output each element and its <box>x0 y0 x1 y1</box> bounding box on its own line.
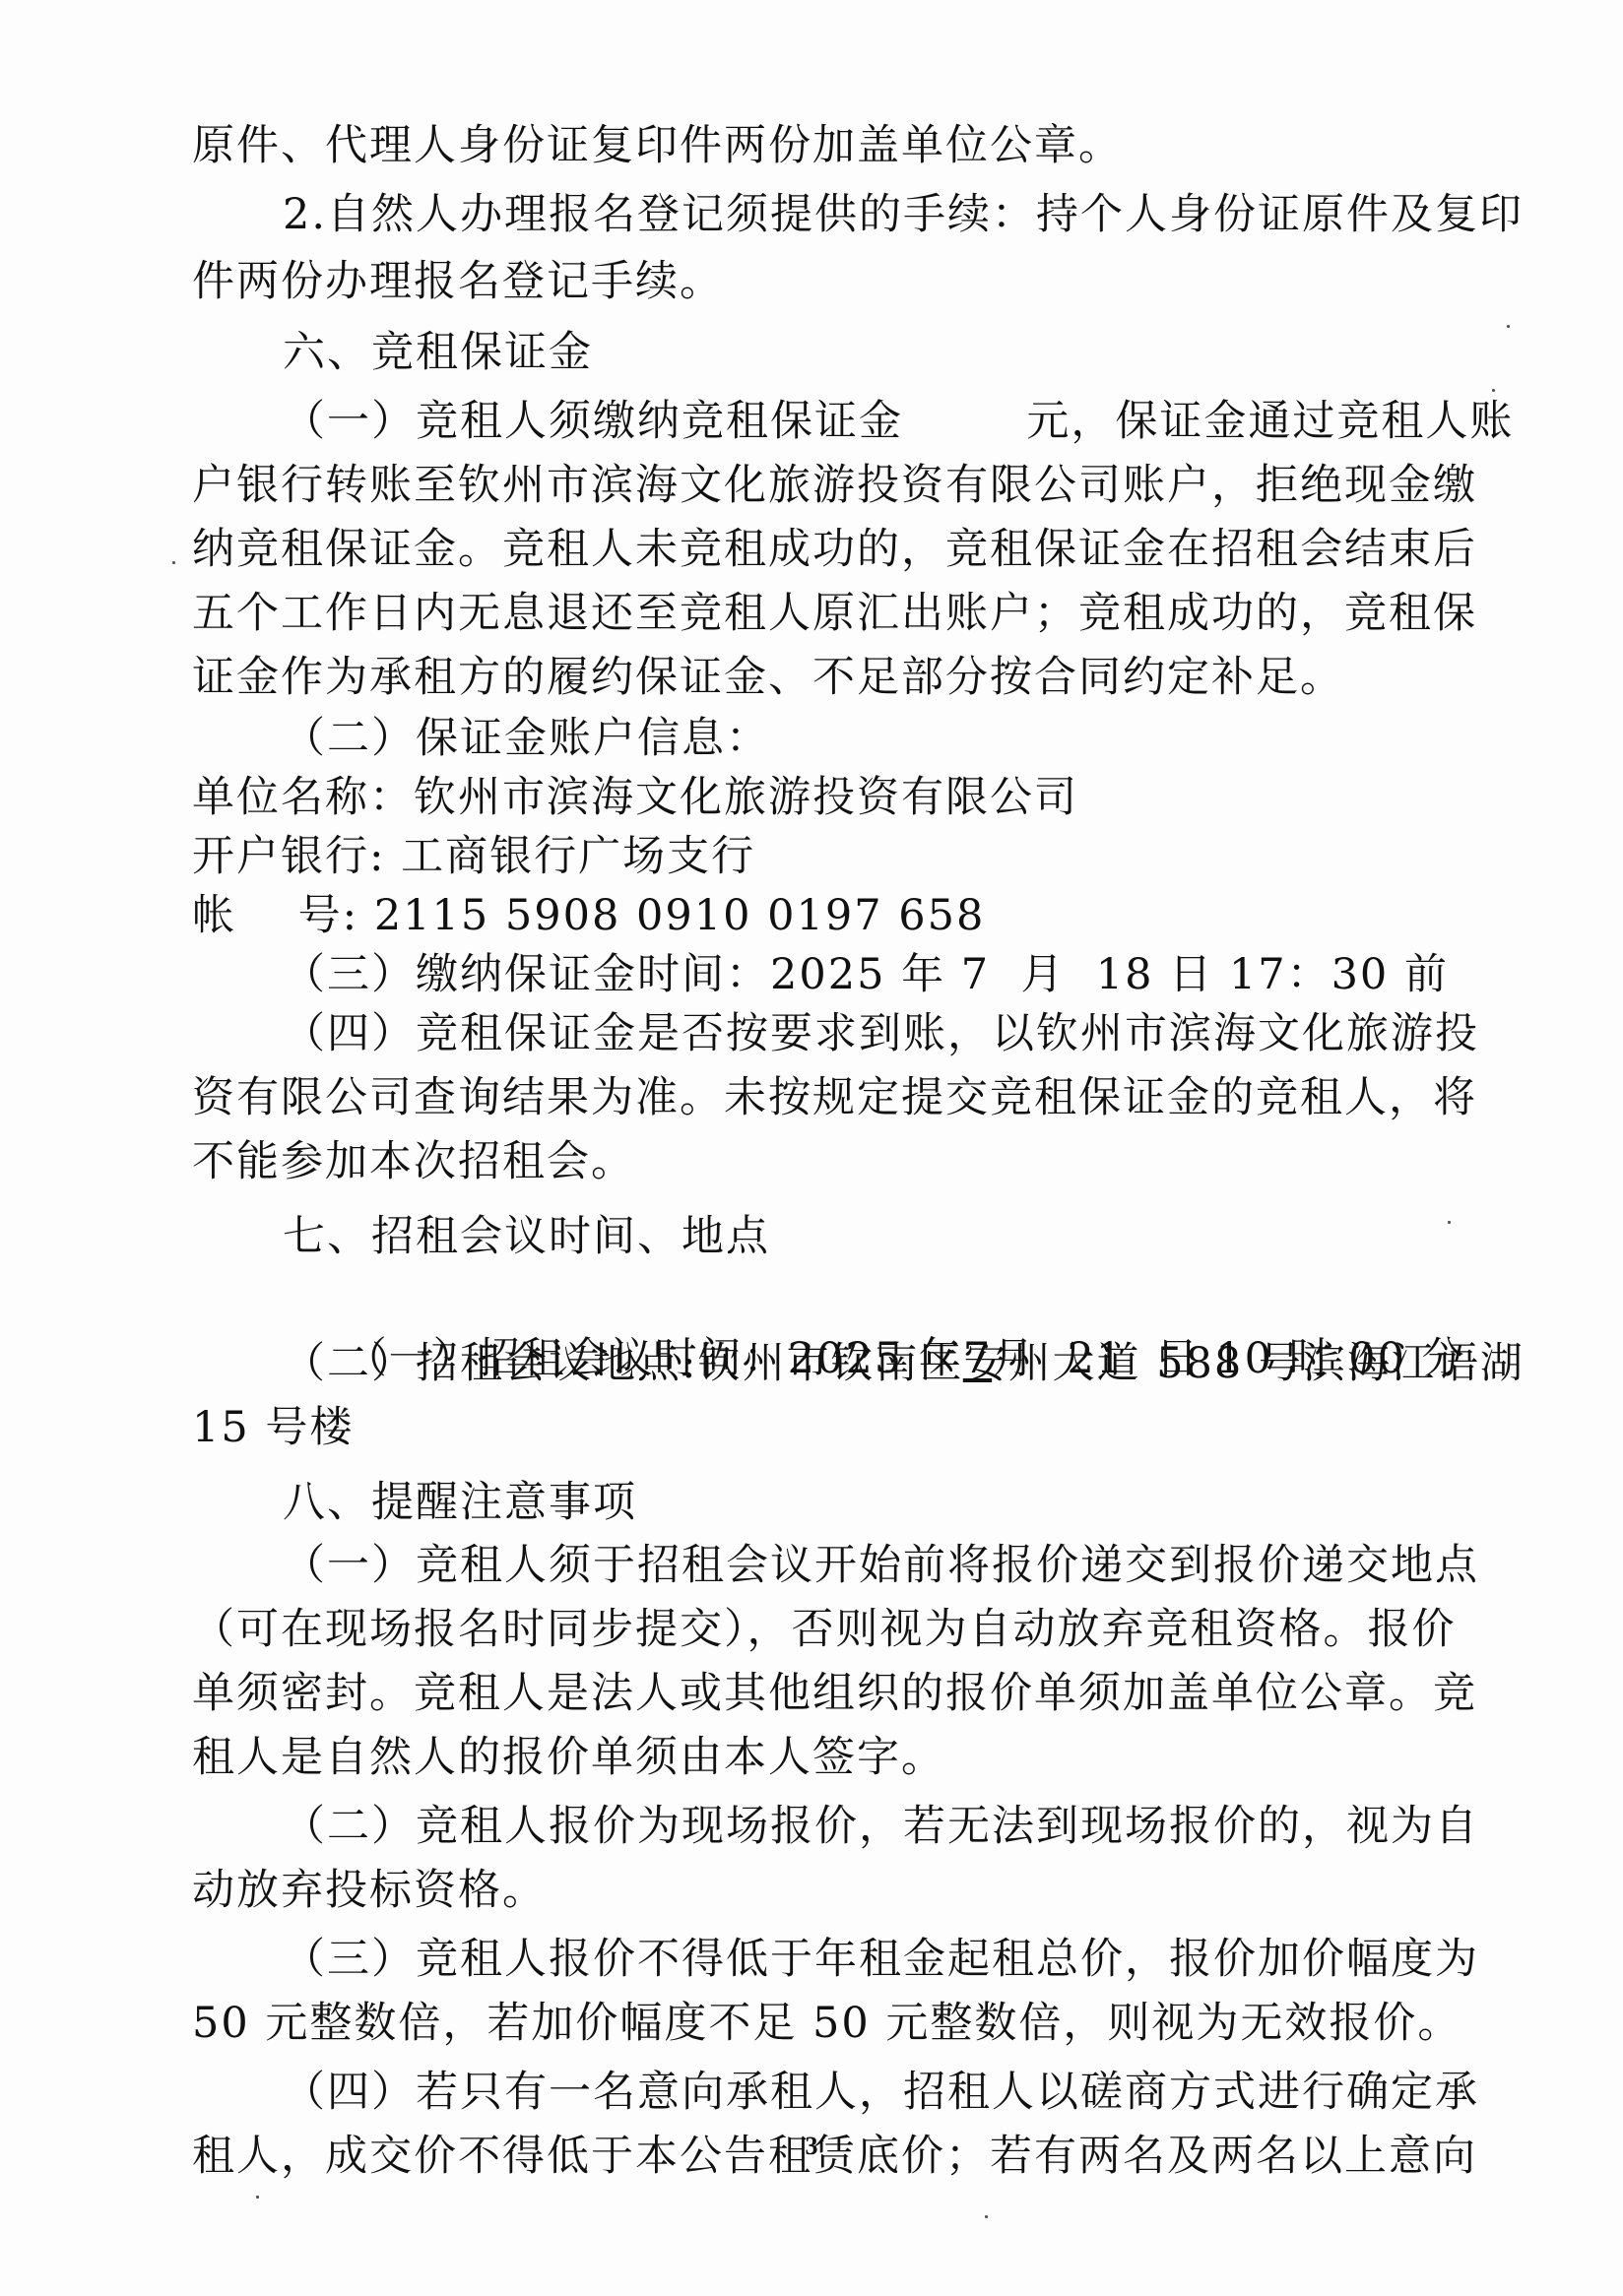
meeting-location: （二）招租会议地点:钦州市钦南区安州大道 588 号滨海江语湖 <box>283 1334 1525 1393</box>
text-line: 15 号楼 <box>192 1398 354 1457</box>
text-line: 租人是自然人的报价单须由本人签字。 <box>192 1728 945 1787</box>
text-line: （二）竞租人报价为现场报价，若无法到现场报价的，视为自 <box>283 1797 1479 1856</box>
section-heading-8: 八、提醒注意事项 <box>283 1473 637 1532</box>
text-line: （一）竞租人须缴纳竞租保证金 元，保证金通过竞租人账 <box>283 392 1514 451</box>
text-line: 户银行转账至钦州市滨海文化旅游投资有限公司账户，拒绝现金缴 <box>192 456 1477 515</box>
text-line: （一）竞租人须于招租会议开始前将报价递交到报价递交地点 <box>283 1536 1479 1595</box>
account-number: 帐 号: 2115 5908 0910 0197 658 <box>192 886 985 945</box>
text-line: 50 元整数倍，若加价幅度不足 50 元整数倍，则视为无效报价。 <box>192 1994 1461 2053</box>
text-line: 单须密封。竞租人是法人或其他组织的报价单须加盖单位公章。竞 <box>192 1664 1477 1723</box>
text-line: 原件、代理人身份证复印件两份加盖单位公章。 <box>192 116 1123 175</box>
deposit-deadline: （三）缴纳保证金时间：2025 年 7 月 18 日 17：30 前 <box>283 945 1449 1004</box>
text-line: 证金作为承租方的履约保证金、不足部分按合同约定补足。 <box>192 648 1344 707</box>
text-line: 纳竞租保证金。竞租人未竞租成功的，竞租保证金在招租会结束后 <box>192 520 1477 579</box>
text-line: 资有限公司查询结果为准。未按规定提交竞租保证金的竞租人，将 <box>192 1068 1477 1127</box>
scan-speck <box>256 2196 259 2199</box>
scan-speck <box>172 561 175 564</box>
text-line: （四）若只有一名意向承租人，招租人以磋商方式进行确定承 <box>283 2063 1479 2122</box>
text-line: 动放弃投标资格。 <box>192 1861 547 1920</box>
text-line: 五个工作日内无息退还至竞租人原汇出账户；竞租成功的，竞租保 <box>192 584 1477 643</box>
text-line: 件两份办理报名登记手续。 <box>192 252 724 311</box>
scan-speck <box>985 2215 988 2218</box>
text-line: 不能参加本次招租会。 <box>192 1132 635 1191</box>
text-line: （三）竞租人报价不得低于年租金起租总价，报价加价幅度为 <box>283 1930 1479 1989</box>
scan-speck <box>1448 1221 1451 1224</box>
account-name: 单位名称：钦州市滨海文化旅游投资有限公司 <box>192 768 1078 827</box>
text-line: 2.自然人办理报名登记须提供的手续：持个人身份证原件及复印 <box>283 185 1524 244</box>
page-number: 3 <box>0 2132 1623 2161</box>
text-line: （可在现场报名时同步提交），否则视为自动放弃竞租资格。报价 <box>192 1600 1457 1659</box>
section-heading-6: 六、竞租保证金 <box>283 323 593 382</box>
account-bank: 开户银行: 工商银行广场支行 <box>192 827 755 886</box>
scan-speck <box>1492 389 1495 392</box>
text-line: （二）保证金账户信息： <box>283 709 770 768</box>
scan-speck <box>1507 325 1510 328</box>
section-heading-7: 七、招租会议时间、地点 <box>283 1207 770 1266</box>
text-line: （四）竞租保证金是否按要求到账，以钦州市滨海文化旅游投 <box>283 1004 1479 1063</box>
